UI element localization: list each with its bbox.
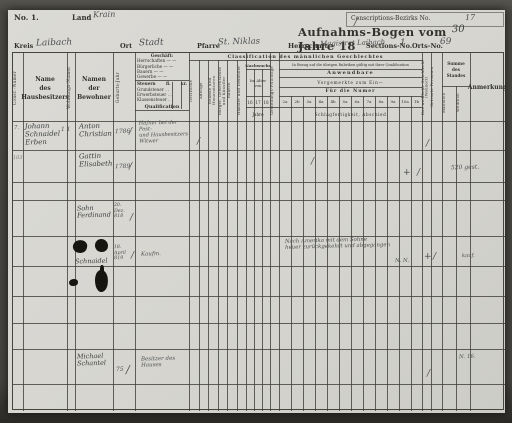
grid-line [246,69,270,70]
grid-line [13,182,505,183]
tick-mark: / [427,369,430,379]
business-row: Gewerbe — — [135,74,189,79]
age-16: 16 [246,97,254,107]
grid-line [13,349,505,350]
kreis-value: Laibach [36,38,72,49]
pfarre-label: Pfarre [197,42,220,50]
photograph-background: No. 1. Land Krain Conscriptions-Bezirks … [0,0,512,423]
land-value: Krain [93,10,116,20]
grid-line [327,96,328,411]
ink-blot [69,279,78,286]
grid-line [315,96,316,411]
numer-2a: 2a [279,96,291,107]
numer-3a: 3a [303,96,315,107]
numer-8a: 8a [375,96,387,107]
column-gestellung: Gestellungs-Pflichtige [270,62,279,119]
grid-line [135,110,189,111]
business-tax-box: Geschäft: Herrschaften — — Bürgerliche —… [135,53,189,121]
entry-r5-resident: Schnaidel [75,257,115,266]
numer-2b: 2b [291,96,303,107]
entry-r9-year: 75 [116,367,124,374]
grid-line [13,266,505,267]
entry-r9-annotation: N. 16. [459,354,476,361]
tick-mark: / [126,363,130,376]
grid-line [13,236,505,237]
tick-mark: / [197,137,200,147]
tick-mark: + [424,252,432,262]
age-17: 17 [254,97,262,107]
sheet-number: No. 1. [14,13,39,22]
anwendbare-bottom: Schlagfertigkeit, Abschied [279,108,422,120]
grid-line [303,96,304,411]
census-table: Consc.-Numer Name des Hausbesitzers Wohn… [12,52,504,410]
orts-no-label: Orts-No. [412,42,443,50]
numer-6a: 6a [351,96,363,107]
nachwuchs-unit: Jahre [246,108,270,120]
summe-female: Weiblich [456,87,470,119]
numer-4a: 4a [315,96,327,107]
anwendbare-line3: Für die Numer [279,87,422,96]
ort-value: Stadt [139,38,164,49]
anwendbare-note: In Bezug auf die übrigen Rubriken gültig… [279,61,422,69]
entry-r1-number: 7. [14,125,19,131]
grid-line [13,296,505,297]
numer-4b: 4b [327,96,339,107]
section-value: 1 [400,38,406,48]
tick-mark: / [129,127,132,137]
entry-r1-qualification: Hafner bei der Post- und Hausbesitzers W… [139,120,192,145]
entry-r1-dwelling: 1 1 [61,127,71,134]
entry-r5-qualification: Kaufm. [141,250,185,257]
grid-line [387,96,388,411]
summe-title: Summe des Standes [442,55,470,85]
form-title-year: 30 [452,24,465,36]
tick-mark: / [130,213,133,223]
tick-mark: / [311,157,314,167]
entry-r9-resident: Michael Schantel [77,352,117,368]
tick-mark: / [433,252,436,262]
anwendbare-title: Anwendbare [279,69,422,77]
land-label: Land [72,13,91,22]
grid-line [291,96,292,411]
entry-r4-resident: Sohn Ferdinand [77,205,113,221]
grid-line [456,86,457,411]
nachwuchs-title: Nachwuchs [246,61,270,69]
grid-line [375,96,376,411]
column-anmerkung: Anmerkung [470,79,505,95]
entry-r1-resident: Anton Christian [79,122,115,139]
pfarre-value: St. Niklas [218,37,260,48]
numer-7a: 7a [363,96,375,107]
class-column-cottagers: Häusler und Inwohner [237,62,246,119]
grid-line [13,384,505,385]
tick-mark: + [403,168,411,178]
column-header-birth-year: Geburts-Jahr [116,59,132,117]
entry-r2-resident: Gattin Elisabeth [79,152,115,169]
conscription-value: 17 [465,13,475,22]
ink-blot [95,239,108,252]
ort-label: Ort [120,42,132,50]
orts-no-value: 69 [440,37,452,48]
tick-mark: / [417,168,420,178]
grid-line [13,150,505,151]
conscription-label: Conscriptions-Bezirks No. [351,15,430,22]
entry-r5-note: Nach Amerika mit dem Sohne heuer zurückg… [285,235,427,251]
numer-5a: 5a [339,96,351,107]
entry-r4-year: 20. Dez. 818 [114,203,125,220]
grid-line [135,80,189,81]
entry-r5-annotation: kauf. [462,254,475,260]
tick-mark: / [129,162,132,172]
column-header-residents: Namen der Bewohner [75,65,113,111]
tick-mark: / [426,139,429,149]
grid-line [411,96,412,411]
grid-line [172,82,173,109]
grid-line [399,96,400,411]
grid-line [339,96,340,411]
anwendbare-line2: Vorgemerkte zum Ein— [279,77,422,87]
form-sheet: No. 1. Land Krain Conscriptions-Bezirks … [8,10,505,413]
classification-band-title: Classification des männlichen Geschlecht… [189,53,422,60]
tick-mark: / [131,251,134,261]
numer-9a: 9a [387,96,399,107]
entry-r5-signature: N. N. [395,258,409,265]
ink-blot [100,265,104,275]
grid-line [13,200,505,201]
kreis-label: Kreis [14,42,33,50]
column-header-owner: Name des Hausbesitzers [23,65,67,111]
column-header-dwelling-number: Wohnungs-Numer [67,59,75,117]
entry-r9-qualification: Besitzer des Hauses [141,355,187,369]
entry-r2-annotation: 520 gest. [451,165,479,173]
grid-line [13,323,505,324]
grid-line [181,82,182,109]
numer-10a: 10a [399,96,411,107]
entry-r2-number: 103 [13,156,23,162]
nachwuchs-subtitle: Im Alter von [246,71,270,95]
entry-r5-year: 18. April 819 [114,245,126,262]
grid-line [363,96,364,411]
summe-male: Männlich [442,87,456,119]
grid-line [351,96,352,411]
